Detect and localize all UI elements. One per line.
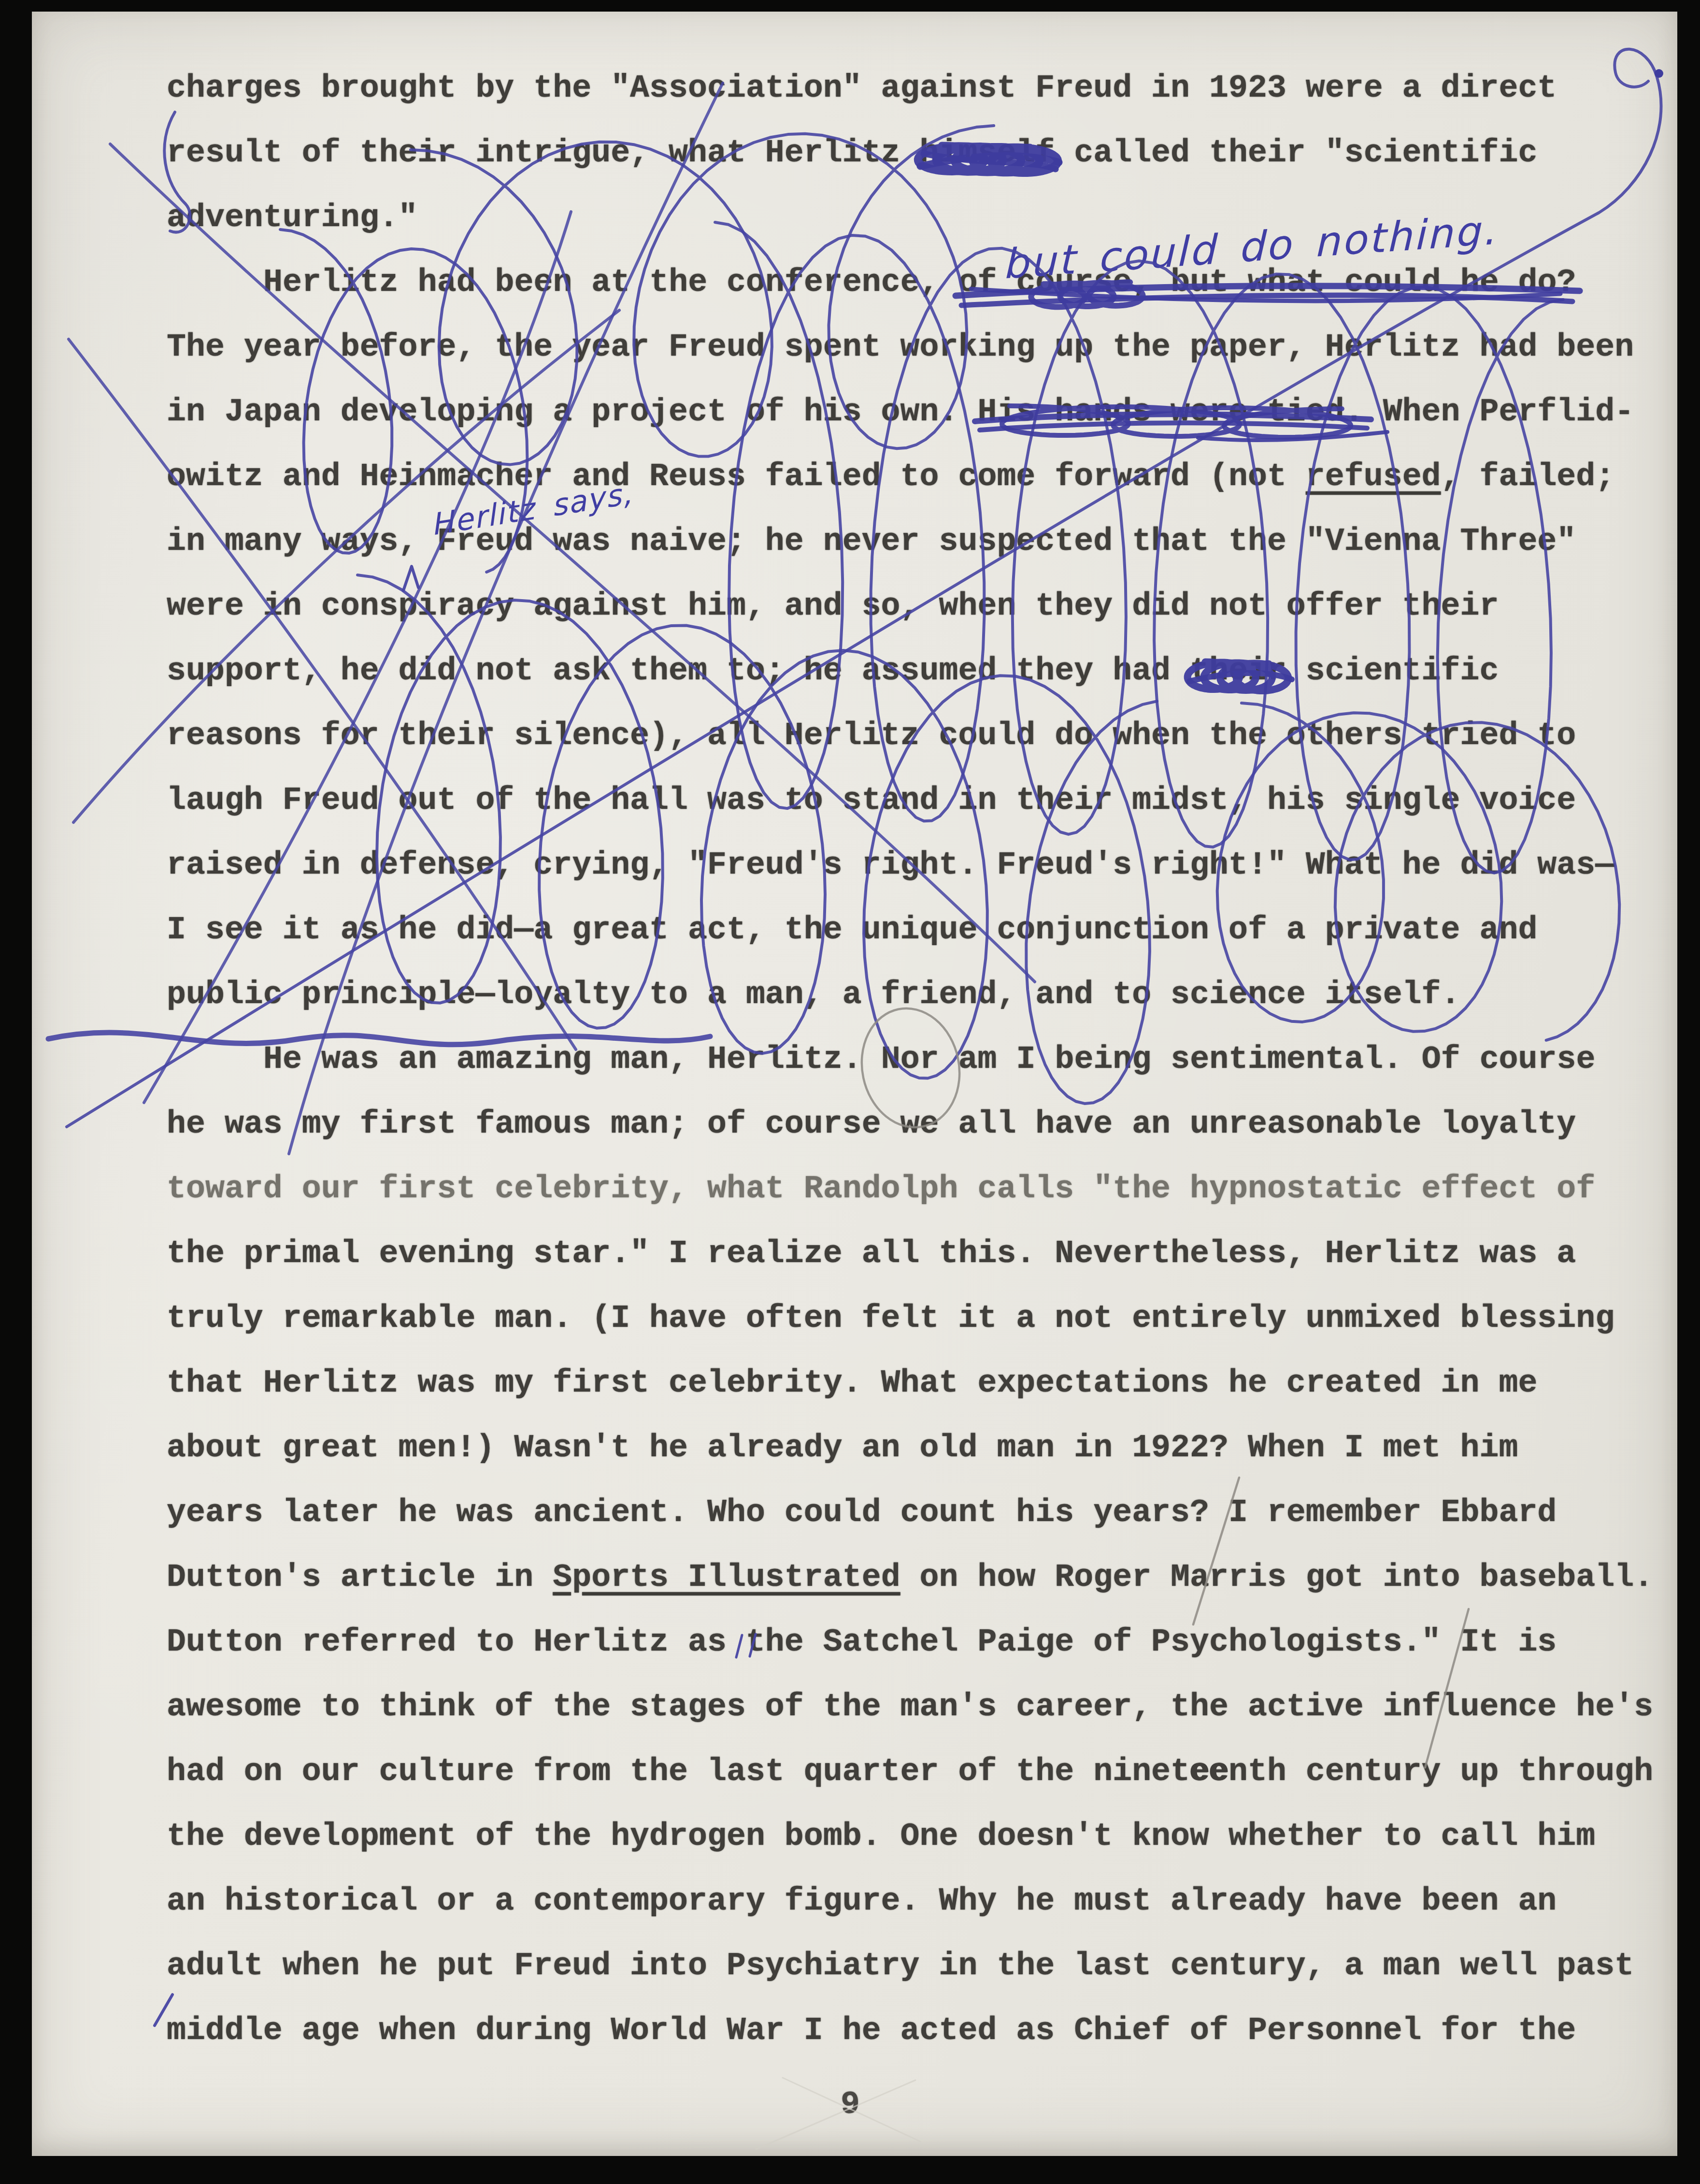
scanned-document: charges brought by the "Association" aga… bbox=[0, 0, 1700, 2184]
handwritten-note-2: Herlitz says, bbox=[433, 475, 635, 542]
handwritten-note-1: but could do nothing. bbox=[1005, 206, 1500, 288]
handwritten-notes-layer: but could do nothing.Herlitz says, bbox=[0, 0, 1700, 2184]
page-number: 9 bbox=[821, 2086, 879, 2123]
